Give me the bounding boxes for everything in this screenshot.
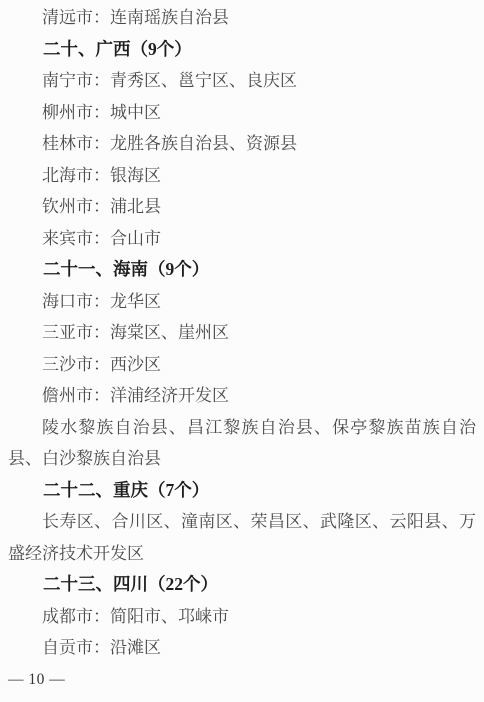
document-line: 长寿区、合川区、潼南区、荣昌区、武隆区、云阳县、万盛经济技术开发区: [8, 506, 476, 569]
document-line: 柳州市：城中区: [8, 97, 476, 129]
section-heading: 二十一、海南（9个）: [8, 254, 476, 286]
document-line: 三亚市：海棠区、崖州区: [8, 317, 476, 349]
document-line: 陵水黎族自治县、昌江黎族自治县、保亭黎族苗族自治县、白沙黎族自治县: [8, 412, 476, 475]
document-body: 清远市：连南瑶族自治县二十、广西（9个）南宁市：青秀区、邕宁区、良庆区柳州市：城…: [8, 2, 476, 664]
document-line: 南宁市：青秀区、邕宁区、良庆区: [8, 65, 476, 97]
document-line: 儋州市：洋浦经济开发区: [8, 380, 476, 412]
document-line: 钦州市：浦北县: [8, 191, 476, 223]
document-line: 自贡市：沿滩区: [8, 632, 476, 664]
document-line: 三沙市：西沙区: [8, 349, 476, 381]
document-line: 海口市：龙华区: [8, 286, 476, 318]
document-line: 成都市：简阳市、邛崃市: [8, 601, 476, 633]
document-line: 北海市：银海区: [8, 160, 476, 192]
document-page: 清远市：连南瑶族自治县二十、广西（9个）南宁市：青秀区、邕宁区、良庆区柳州市：城…: [0, 0, 484, 702]
section-heading: 二十、广西（9个）: [8, 34, 476, 66]
section-heading: 二十二、重庆（7个）: [8, 475, 476, 507]
page-number: — 10 —: [8, 664, 476, 696]
document-line: 来宾市：合山市: [8, 223, 476, 255]
section-heading: 二十三、四川（22个）: [8, 569, 476, 601]
document-line: 清远市：连南瑶族自治县: [8, 2, 476, 34]
document-line: 桂林市：龙胜各族自治县、资源县: [8, 128, 476, 160]
